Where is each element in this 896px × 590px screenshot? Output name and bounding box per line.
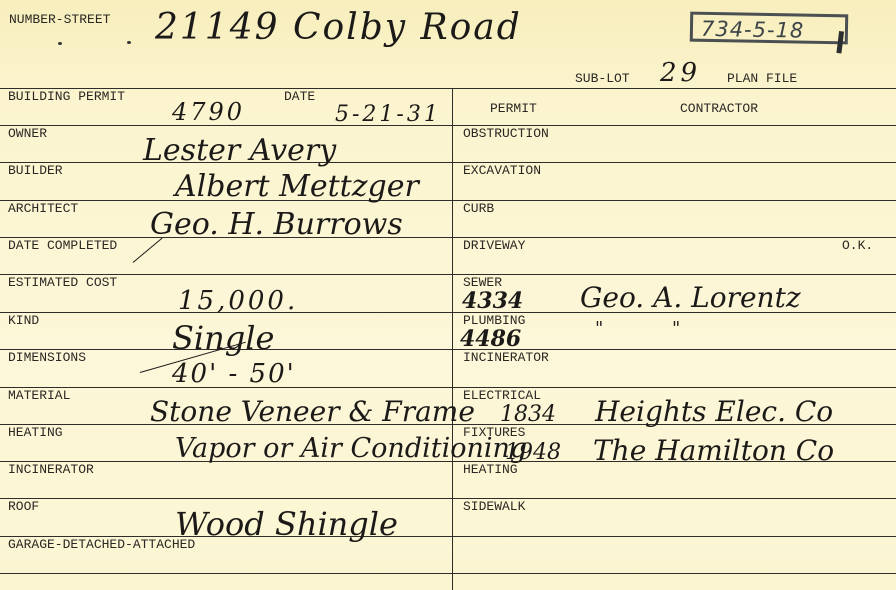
rule-line: [0, 274, 896, 275]
rule-line: [0, 200, 896, 201]
file-number-stamp: 734-5-18: [690, 12, 848, 45]
fixtures-contractor-value: The Hamilton Co: [593, 437, 834, 465]
estimated-cost-label: ESTIMATED COST: [8, 276, 117, 289]
estimated-cost-value: 15,000.: [178, 288, 298, 314]
architect-label: ARCHITECT: [8, 202, 78, 215]
rule-line: [0, 162, 896, 163]
dimensions-label: DIMENSIONS: [8, 351, 86, 364]
plan-file-label: PLAN FILE: [727, 72, 797, 85]
builder-value: Albert Mettzger: [175, 172, 419, 202]
incinerator-permit-label: INCINERATOR: [463, 351, 549, 364]
kind-value: Single: [172, 322, 274, 354]
rule-line: [0, 498, 896, 499]
pen-stroke: [133, 238, 163, 263]
sub-lot-label: SUB-LOT: [575, 72, 630, 85]
electrical-contractor-value: Heights Elec. Co: [595, 398, 833, 426]
driveway-label: DRIVEWAY: [463, 239, 525, 252]
material-label: MATERIAL: [8, 389, 70, 402]
sewer-contractor-value: Geo. A. Lorentz: [580, 284, 801, 312]
rule-line: [0, 387, 896, 388]
rule-line: [0, 237, 896, 238]
plumbing-contractor-value: " ": [595, 320, 680, 338]
date-completed-label: DATE COMPLETED: [8, 239, 117, 252]
driveway-ok-note: O.K.: [842, 239, 873, 252]
roof-label: ROOF: [8, 500, 39, 513]
electrical-permit-value: 1834: [500, 404, 556, 426]
material-value: Stone Veneer & Frame: [150, 398, 475, 426]
sub-lot-value: 29: [660, 60, 701, 86]
number-street-value: 21149 Colby Road: [155, 10, 522, 46]
builder-label: BUILDER: [8, 164, 63, 177]
plumbing-permit-value: 4486: [460, 328, 521, 350]
roof-value: Wood Shingle: [175, 508, 398, 540]
owner-label: OWNER: [8, 127, 47, 140]
stamp-mark: [836, 31, 844, 53]
building-permit-label: BUILDING PERMIT: [8, 90, 125, 103]
rule-line: [0, 88, 896, 89]
heating-label: HEATING: [8, 426, 63, 439]
electrical-label: ELECTRICAL: [463, 389, 541, 402]
column-divider: [452, 88, 453, 590]
date-value: 5-21-31: [335, 104, 441, 126]
date-label: DATE: [284, 90, 315, 103]
obstruction-label: OBSTRUCTION: [463, 127, 549, 140]
incinerator-label: INCINERATOR: [8, 463, 94, 476]
architect-value: Geo. H. Burrows: [150, 210, 403, 240]
curb-label: CURB: [463, 202, 494, 215]
fixtures-permit-value: 1948: [505, 442, 561, 464]
rule-line: [0, 573, 896, 574]
dimensions-value: 40' - 50': [172, 361, 296, 387]
sidewalk-label: SIDEWALK: [463, 500, 525, 513]
owner-value: Lester Avery: [143, 136, 336, 166]
fixtures-label: FIXTURES: [463, 426, 525, 439]
sewer-permit-value: 4334: [462, 290, 523, 312]
permit-column-header: PERMIT: [490, 102, 537, 115]
garage-label: GARAGE-DETACHED-ATTACHED: [8, 538, 195, 551]
number-street-label: NUMBER-STREET: [9, 13, 110, 26]
contractor-column-header: CONTRACTOR: [680, 102, 758, 115]
file-number-text: 734-5-18: [701, 17, 805, 43]
building-permit-card: NUMBER-STREET 21149 Colby Road 734-5-18 …: [0, 0, 896, 590]
kind-label: KIND: [8, 314, 39, 327]
ink-smudge: [55, 38, 135, 48]
building-permit-value: 4790: [172, 100, 245, 124]
rule-line: [0, 125, 896, 126]
rule-line: [0, 349, 896, 350]
excavation-label: EXCAVATION: [463, 164, 541, 177]
